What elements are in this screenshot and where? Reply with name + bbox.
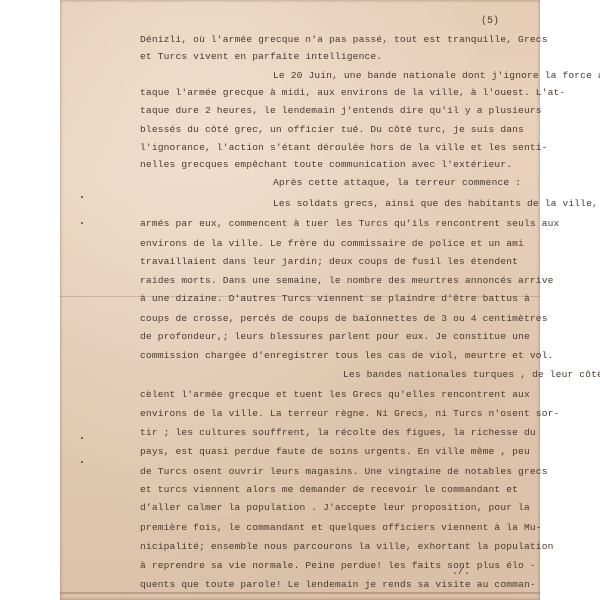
text-line: taque l'armée grecque à midi, aux enviro… xyxy=(140,87,565,98)
ink-speck xyxy=(81,222,83,224)
typewritten-page: (5) Dénizli, où l'armée grecque n'a pas … xyxy=(60,0,540,600)
text-line: de profondeur,; leurs blessures parlent … xyxy=(140,331,530,342)
ink-speck xyxy=(81,196,83,198)
text-line: raides morts. Dans une semaine, le nombr… xyxy=(140,275,554,286)
text-line: Le 20 Juin, une bande nationale dont j'i… xyxy=(273,70,600,81)
text-line: cèlent l'armée grecque et tuent les Grec… xyxy=(140,389,530,400)
text-line: Dénizli, où l'armée grecque n'a pas pass… xyxy=(140,34,548,45)
text-line: d'aller calmer la population . J'accepte… xyxy=(140,502,530,513)
text-line: Les soldats grecs, ainsi que des habitan… xyxy=(273,198,598,209)
text-line: à une dizaine. D'autres Turcs viennent s… xyxy=(140,293,530,304)
page-number: (5) xyxy=(481,16,499,27)
text-line: quents que toute parole! Le lendemain je… xyxy=(140,579,536,590)
ink-speck xyxy=(81,461,83,463)
text-line: nicipalité; ensemble nous parcourons la … xyxy=(140,541,554,552)
text-line: Après cette attaque, la terreur commence… xyxy=(273,177,521,188)
paper-edge-crease xyxy=(60,592,540,594)
text-line: nelles grecques empêchant toute communic… xyxy=(140,159,512,170)
text-line: taque dure 2 heures, le lendemain j'ente… xyxy=(140,105,542,116)
text-line: environs de la ville. Le frère du commis… xyxy=(140,238,524,249)
text-line: blessés du côté grec, un officier tué. D… xyxy=(140,124,524,135)
text-line: Les bandes nationales turques , de leur … xyxy=(343,369,600,380)
text-line: environs de la ville. La terreur règne. … xyxy=(140,408,559,419)
text-line: pays, est quasi perdue faute de soins ur… xyxy=(140,446,530,457)
text-line: tir ; les cultures souffrent, la récolte… xyxy=(140,427,536,438)
text-line: de Turcs osent ouvrir leurs magasins. Un… xyxy=(140,466,548,477)
text-line: armés par eux, commencent à tuer les Tur… xyxy=(140,218,559,229)
text-line: et Turcs vivent en parfaite intelligence… xyxy=(140,51,382,62)
text-line: première fois, le commandant et quelques… xyxy=(140,522,542,533)
text-line: l'ignorance, l'action s'étant déroulée h… xyxy=(140,142,548,153)
text-line: à reprendre sa vie normale. Peine perdue… xyxy=(140,560,536,571)
continuation-mark: ./. xyxy=(452,567,470,578)
ink-speck xyxy=(81,437,83,439)
text-line: coups de crosse, percés de coups de baïo… xyxy=(140,313,548,324)
text-line: commission chargée d'enregistrer tous le… xyxy=(140,350,554,361)
text-line: travaillaient dans leur jardin; deux cou… xyxy=(140,256,518,267)
text-line: et turcs viennent alors me demander de r… xyxy=(140,484,518,495)
